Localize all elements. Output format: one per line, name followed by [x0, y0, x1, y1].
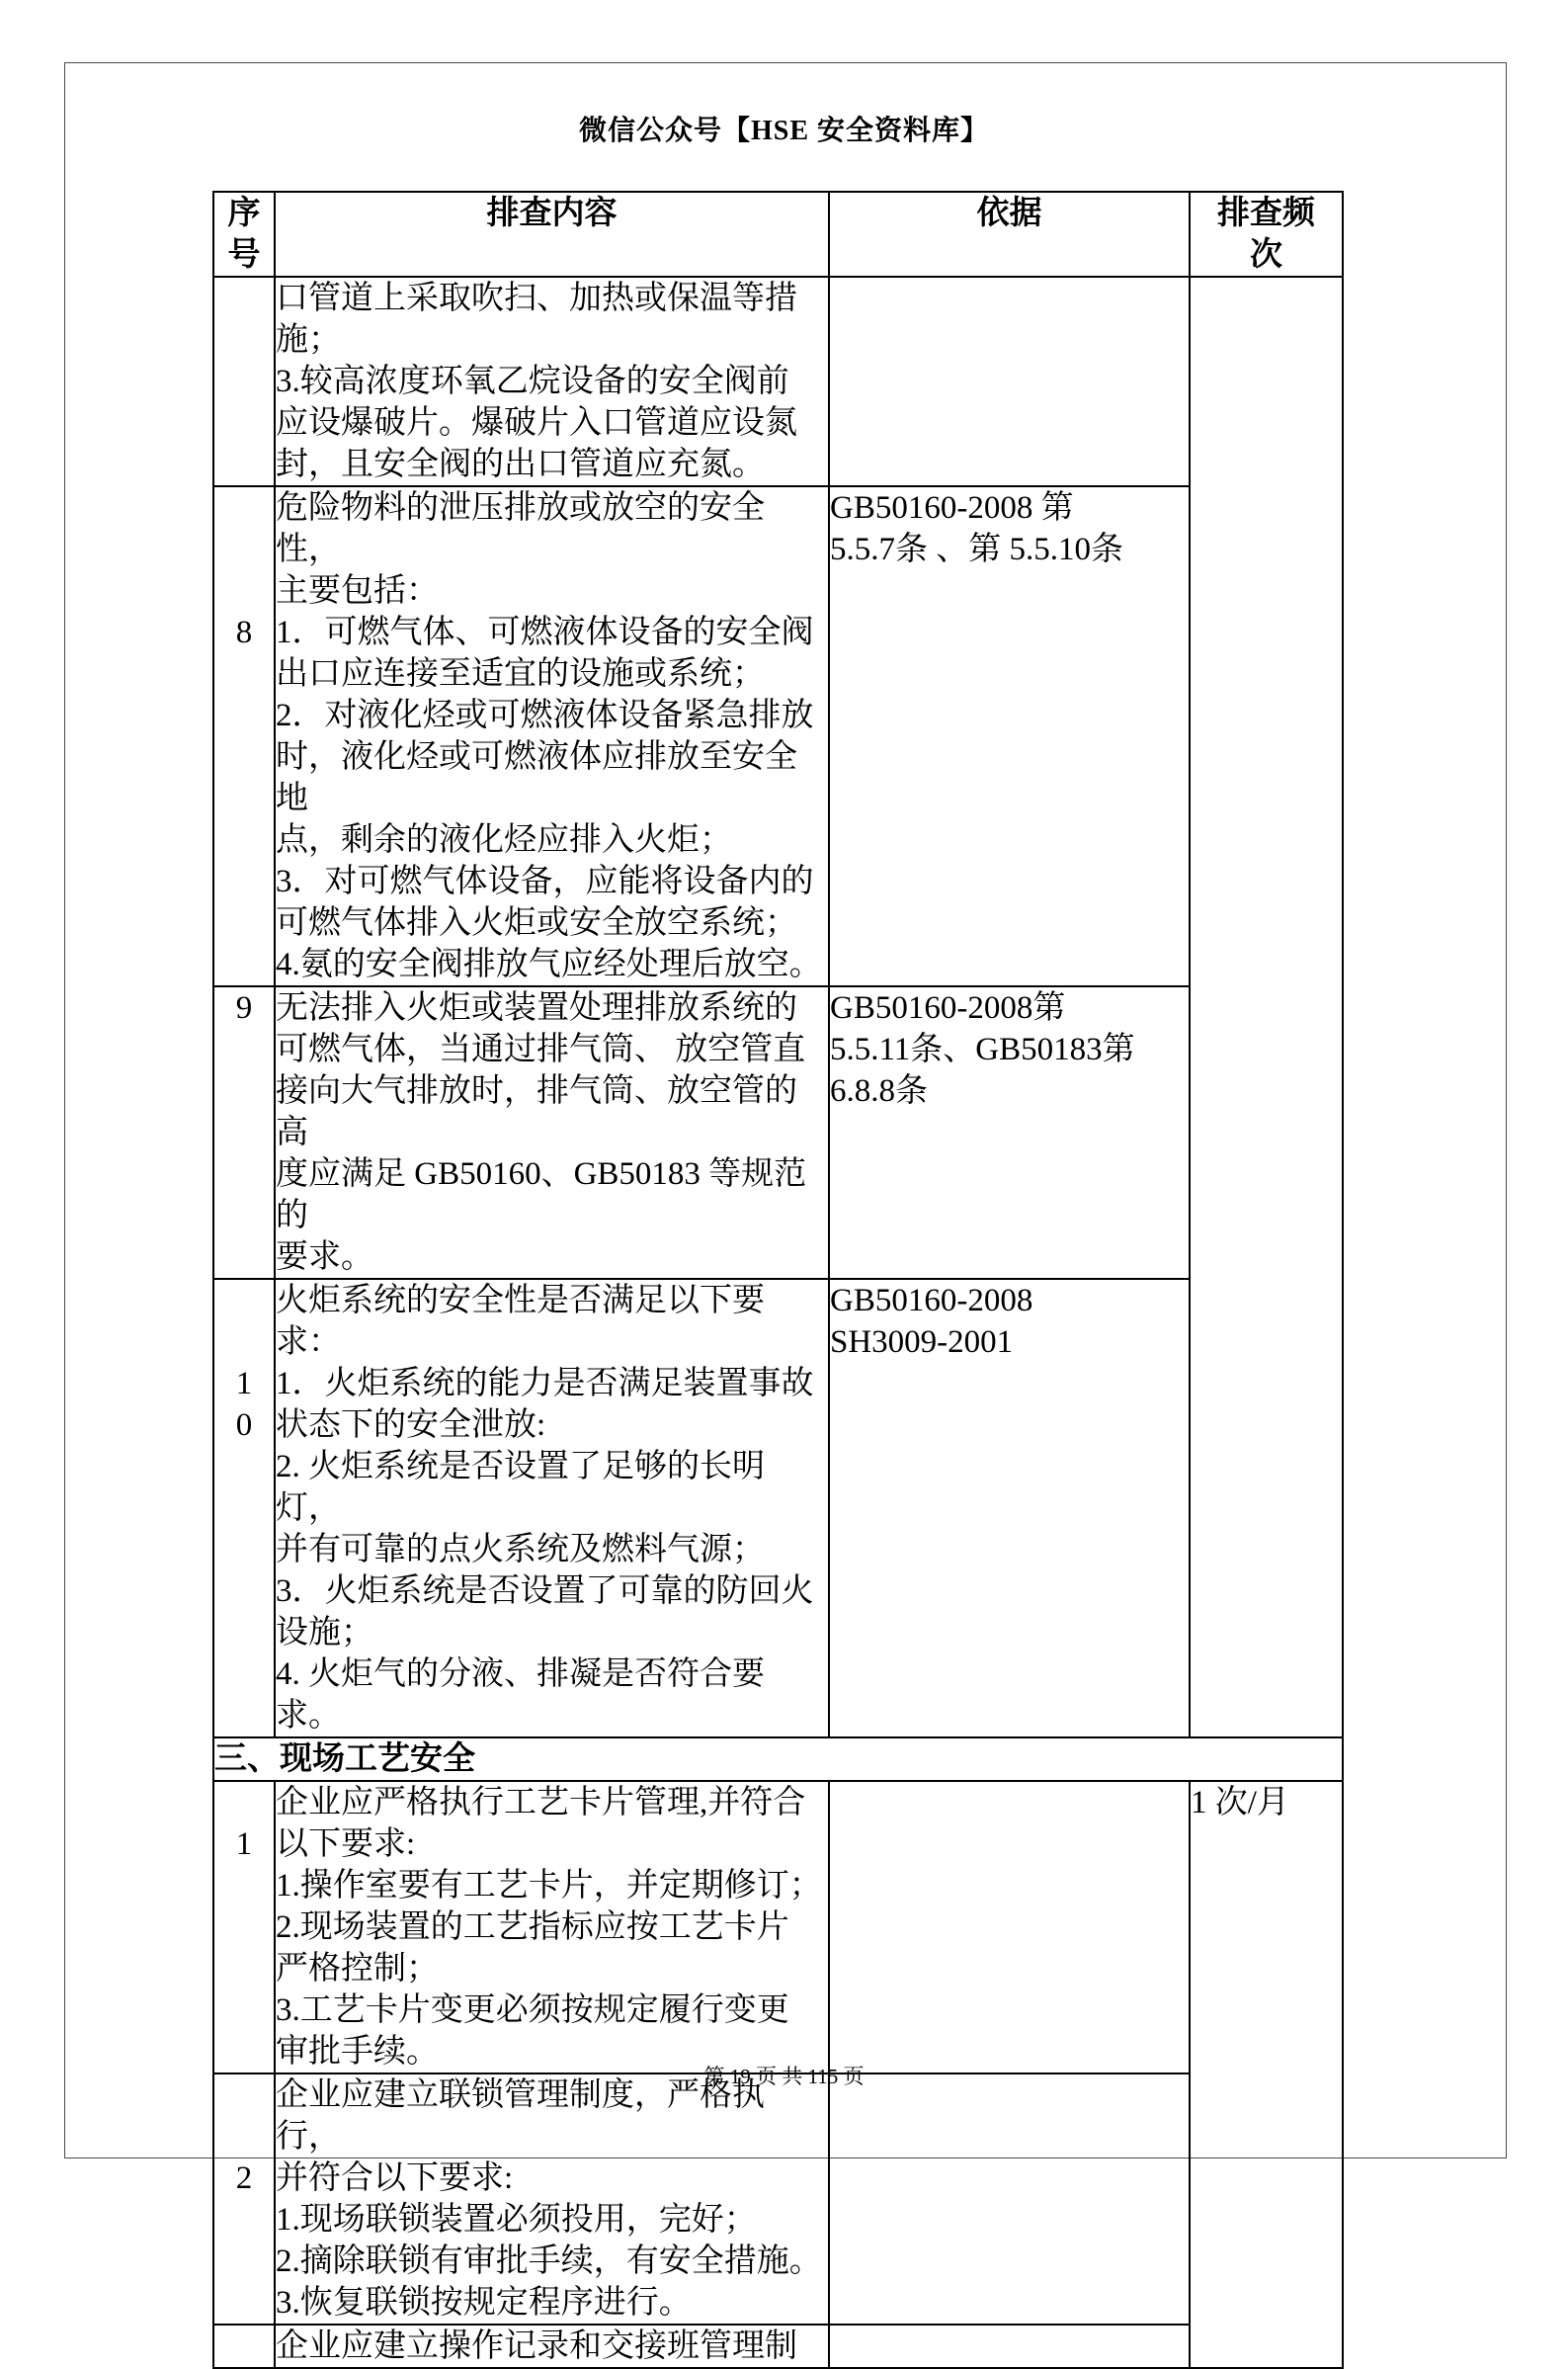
page-footer: 第 19 页 共 115 页: [0, 2062, 1568, 2091]
row9-seq-cell: 9: [213, 986, 275, 1279]
inspection-checklist-table: 序 号 排查内容 依据 排查频 次 口管道上采取吹扫、加热或保温等措 施； 3.…: [212, 191, 1344, 2369]
document-page: { "page": { "header_title": "微信公众号【HSE 安…: [0, 0, 1568, 2219]
s3-row3-seq-cell: [213, 2325, 275, 2368]
frequency-merged-cell-top: [1190, 277, 1343, 1737]
table-row: 2 企业应建立联锁管理制度，严格执行， 并符合以下要求: 1.现场联锁装置必须投…: [213, 2073, 1343, 2325]
s3-row2-seq-cell: 2: [213, 2073, 275, 2325]
table-row: 1 0 火炬系统的安全性是否满足以下要求： 1．火炬系统的能力是否满足装置事故 …: [213, 1279, 1343, 1737]
table-row: 企业应建立操作记录和交接班管理制: [213, 2325, 1343, 2368]
header-seq: 序 号: [213, 192, 275, 277]
row9-basis-cell: GB50160-2008第 5.5.11条、GB50183第 6.8.8条: [829, 986, 1190, 1279]
s3-row1-seq-cell: 1: [213, 1781, 275, 2073]
table-row: 口管道上采取吹扫、加热或保温等措 施； 3.较高浓度环氧乙烷设备的安全阀前 应设…: [213, 277, 1343, 486]
s3-row2-basis-cell: [829, 2073, 1190, 2325]
header-content: 排查内容: [275, 192, 829, 277]
table-row: 1 企业应严格执行工艺卡片管理,并符合 以下要求: 1.操作室要有工艺卡片，并定…: [213, 1781, 1343, 2073]
s3-row1-content-cell: 企业应严格执行工艺卡片管理,并符合 以下要求: 1.操作室要有工艺卡片，并定期修…: [275, 1781, 829, 2073]
page-header-title: 微信公众号【HSE 安全资料库】: [0, 109, 1568, 148]
s3-row3-basis-cell: [829, 2325, 1190, 2368]
header-frequency: 排查频 次: [1190, 192, 1343, 277]
row10-basis-cell: GB50160-2008 SH3009-2001: [829, 1279, 1190, 1737]
row8-content-cell: 危险物料的泄压排放或放空的安全性， 主要包括： 1．可燃气体、可燃液体设备的安全…: [275, 486, 829, 986]
row9-content-cell: 无法排入火炬或装置处理排放系统的 可燃气体，当通过排气筒、 放空管直 接向大气排…: [275, 986, 829, 1279]
row7-seq-cell: [213, 277, 275, 486]
s3-row2-content-cell: 企业应建立联锁管理制度，严格执行， 并符合以下要求: 1.现场联锁装置必须投用，…: [275, 2073, 829, 2325]
row10-content-cell: 火炬系统的安全性是否满足以下要求： 1．火炬系统的能力是否满足装置事故 状态下的…: [275, 1279, 829, 1737]
s3-row3-content-cell: 企业应建立操作记录和交接班管理制: [275, 2325, 829, 2368]
s3-row1-basis-cell: [829, 1781, 1190, 2073]
table-row: 8 危险物料的泄压排放或放空的安全性， 主要包括： 1．可燃气体、可燃液体设备的…: [213, 486, 1343, 986]
table-header-row: 序 号 排查内容 依据 排查频 次: [213, 192, 1343, 277]
section-title-row: 三、现场工艺安全: [213, 1737, 1343, 1781]
row8-seq-cell: 8: [213, 486, 275, 986]
header-basis: 依据: [829, 192, 1190, 277]
section-title-cell: 三、现场工艺安全: [213, 1737, 1343, 1781]
row10-seq-cell: 1 0: [213, 1279, 275, 1737]
row7-content-cell: 口管道上采取吹扫、加热或保温等措 施； 3.较高浓度环氧乙烷设备的安全阀前 应设…: [275, 277, 829, 486]
table-row: 9 无法排入火炬或装置处理排放系统的 可燃气体，当通过排气筒、 放空管直 接向大…: [213, 986, 1343, 1279]
row8-basis-cell: GB50160-2008 第 5.5.7条 、第 5.5.10条: [829, 486, 1190, 986]
row7-basis-cell: [829, 277, 1190, 486]
